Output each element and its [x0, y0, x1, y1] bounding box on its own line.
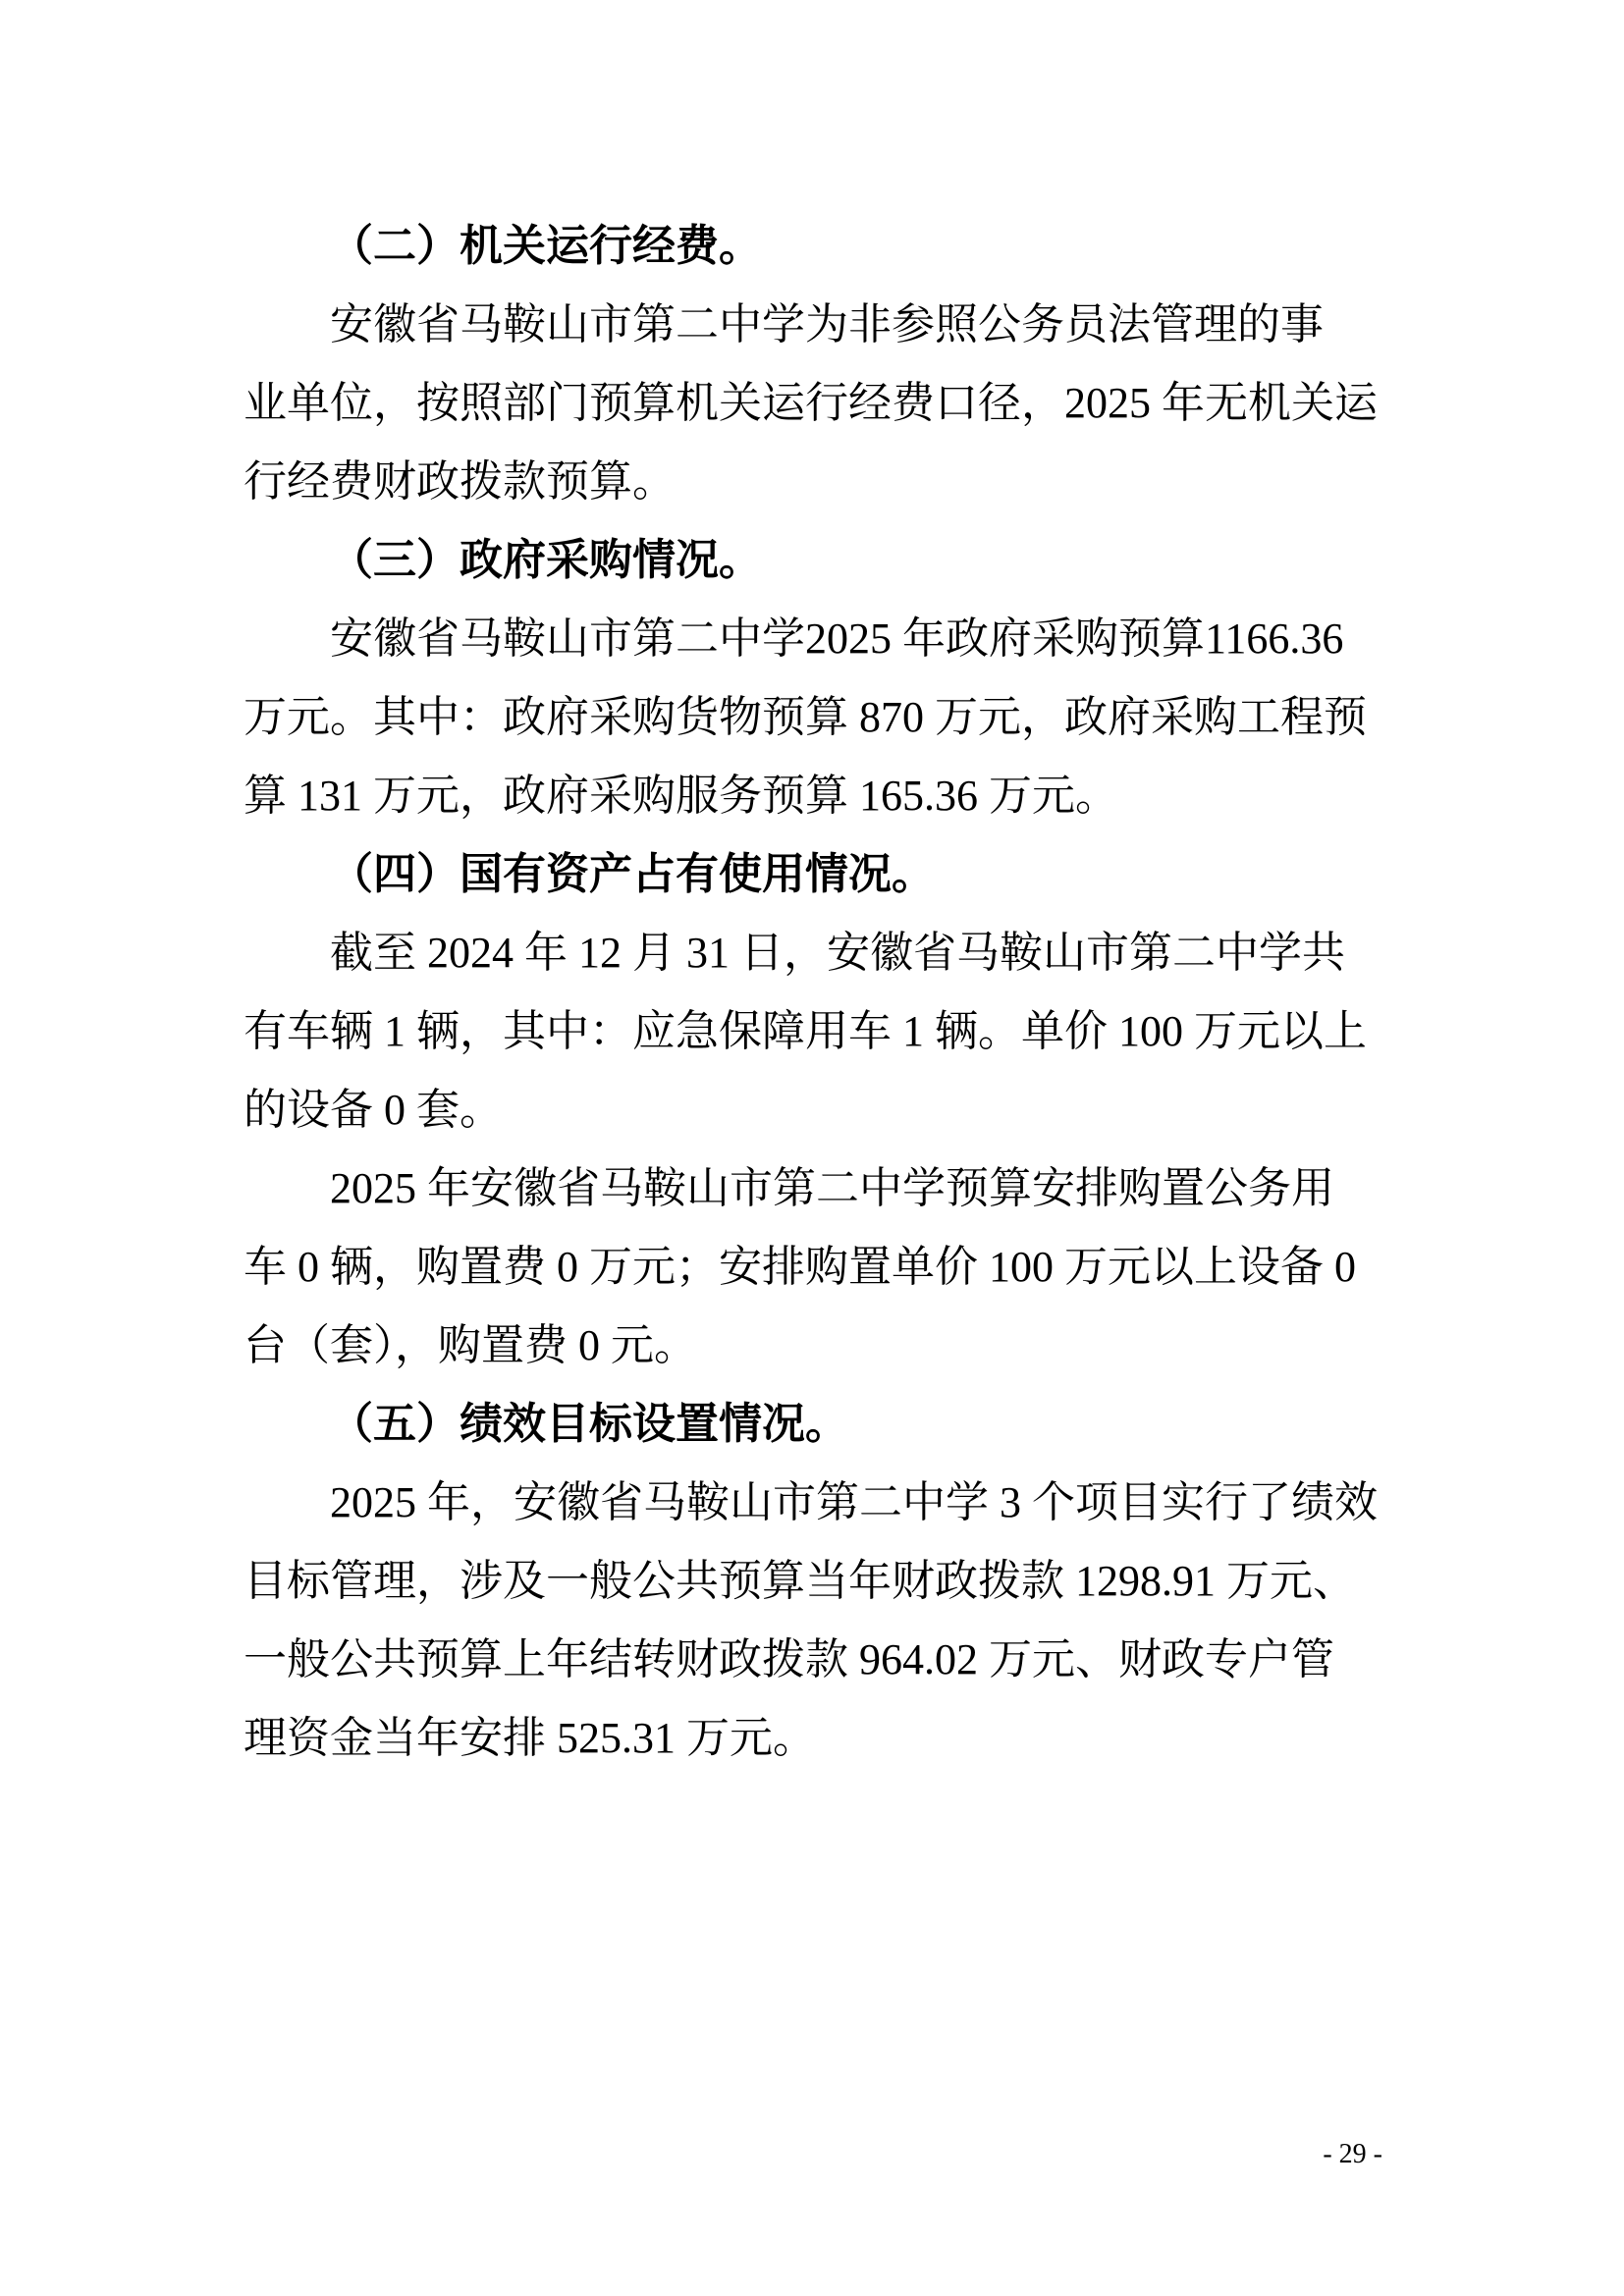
paragraph-line: 理资金当年安排 525.31 万元。 — [244, 1711, 1382, 1789]
document-page: （二）机关运行经费。 安徽省马鞍山市第二中学为非参照公务员法管理的事 业单位，按… — [0, 0, 1624, 2296]
paragraph-line: 万元。其中：政府采购货物预算 870 万元，政府采购工程预 — [244, 690, 1382, 769]
document-body: （二）机关运行经费。 安徽省马鞍山市第二中学为非参照公务员法管理的事 业单位，按… — [244, 219, 1382, 1789]
paragraph-line: 安徽省马鞍山市第二中学2025 年政府采购预算1166.36 — [244, 612, 1382, 690]
paragraph-line: 业单位，按照部门预算机关运行经费口径，2025 年无机关运 — [244, 376, 1382, 454]
paragraph-line: 2025 年，安徽省马鞍山市第二中学 3 个项目实行了绩效 — [244, 1475, 1382, 1554]
paragraph-line: 的设备 0 套。 — [244, 1083, 1382, 1161]
paragraph-line: 一般公共预算上年结转财政拨款 964.02 万元、财政专户管 — [244, 1632, 1382, 1711]
paragraph-line: 行经费财政拨款预算。 — [244, 454, 1382, 533]
heading-section-two: （二）机关运行经费。 — [244, 219, 1382, 297]
paragraph-line: 算 131 万元，政府采购服务预算 165.36 万元。 — [244, 769, 1382, 847]
paragraph-line: 安徽省马鞍山市第二中学为非参照公务员法管理的事 — [244, 297, 1382, 376]
paragraph-line: 2025 年安徽省马鞍山市第二中学预算安排购置公务用 — [244, 1161, 1382, 1240]
paragraph-line: 台（套），购置费 0 元。 — [244, 1318, 1382, 1397]
paragraph-line: 车 0 辆，购置费 0 万元；安排购置单价 100 万元以上设备 0 — [244, 1240, 1382, 1318]
paragraph-line: 目标管理，涉及一般公共预算当年财政拨款 1298.91 万元、 — [244, 1554, 1382, 1632]
page-number: - 29 - — [244, 2138, 1382, 2171]
heading-section-four: （四）国有资产占有使用情况。 — [244, 847, 1382, 926]
paragraph-line: 截至 2024 年 12 月 31 日，安徽省马鞍山市第二中学共 — [244, 926, 1382, 1004]
paragraph-line: 有车辆 1 辆，其中：应急保障用车 1 辆。单价 100 万元以上 — [244, 1004, 1382, 1083]
heading-section-three: （三）政府采购情况。 — [244, 533, 1382, 612]
heading-section-five: （五）绩效目标设置情况。 — [244, 1397, 1382, 1475]
